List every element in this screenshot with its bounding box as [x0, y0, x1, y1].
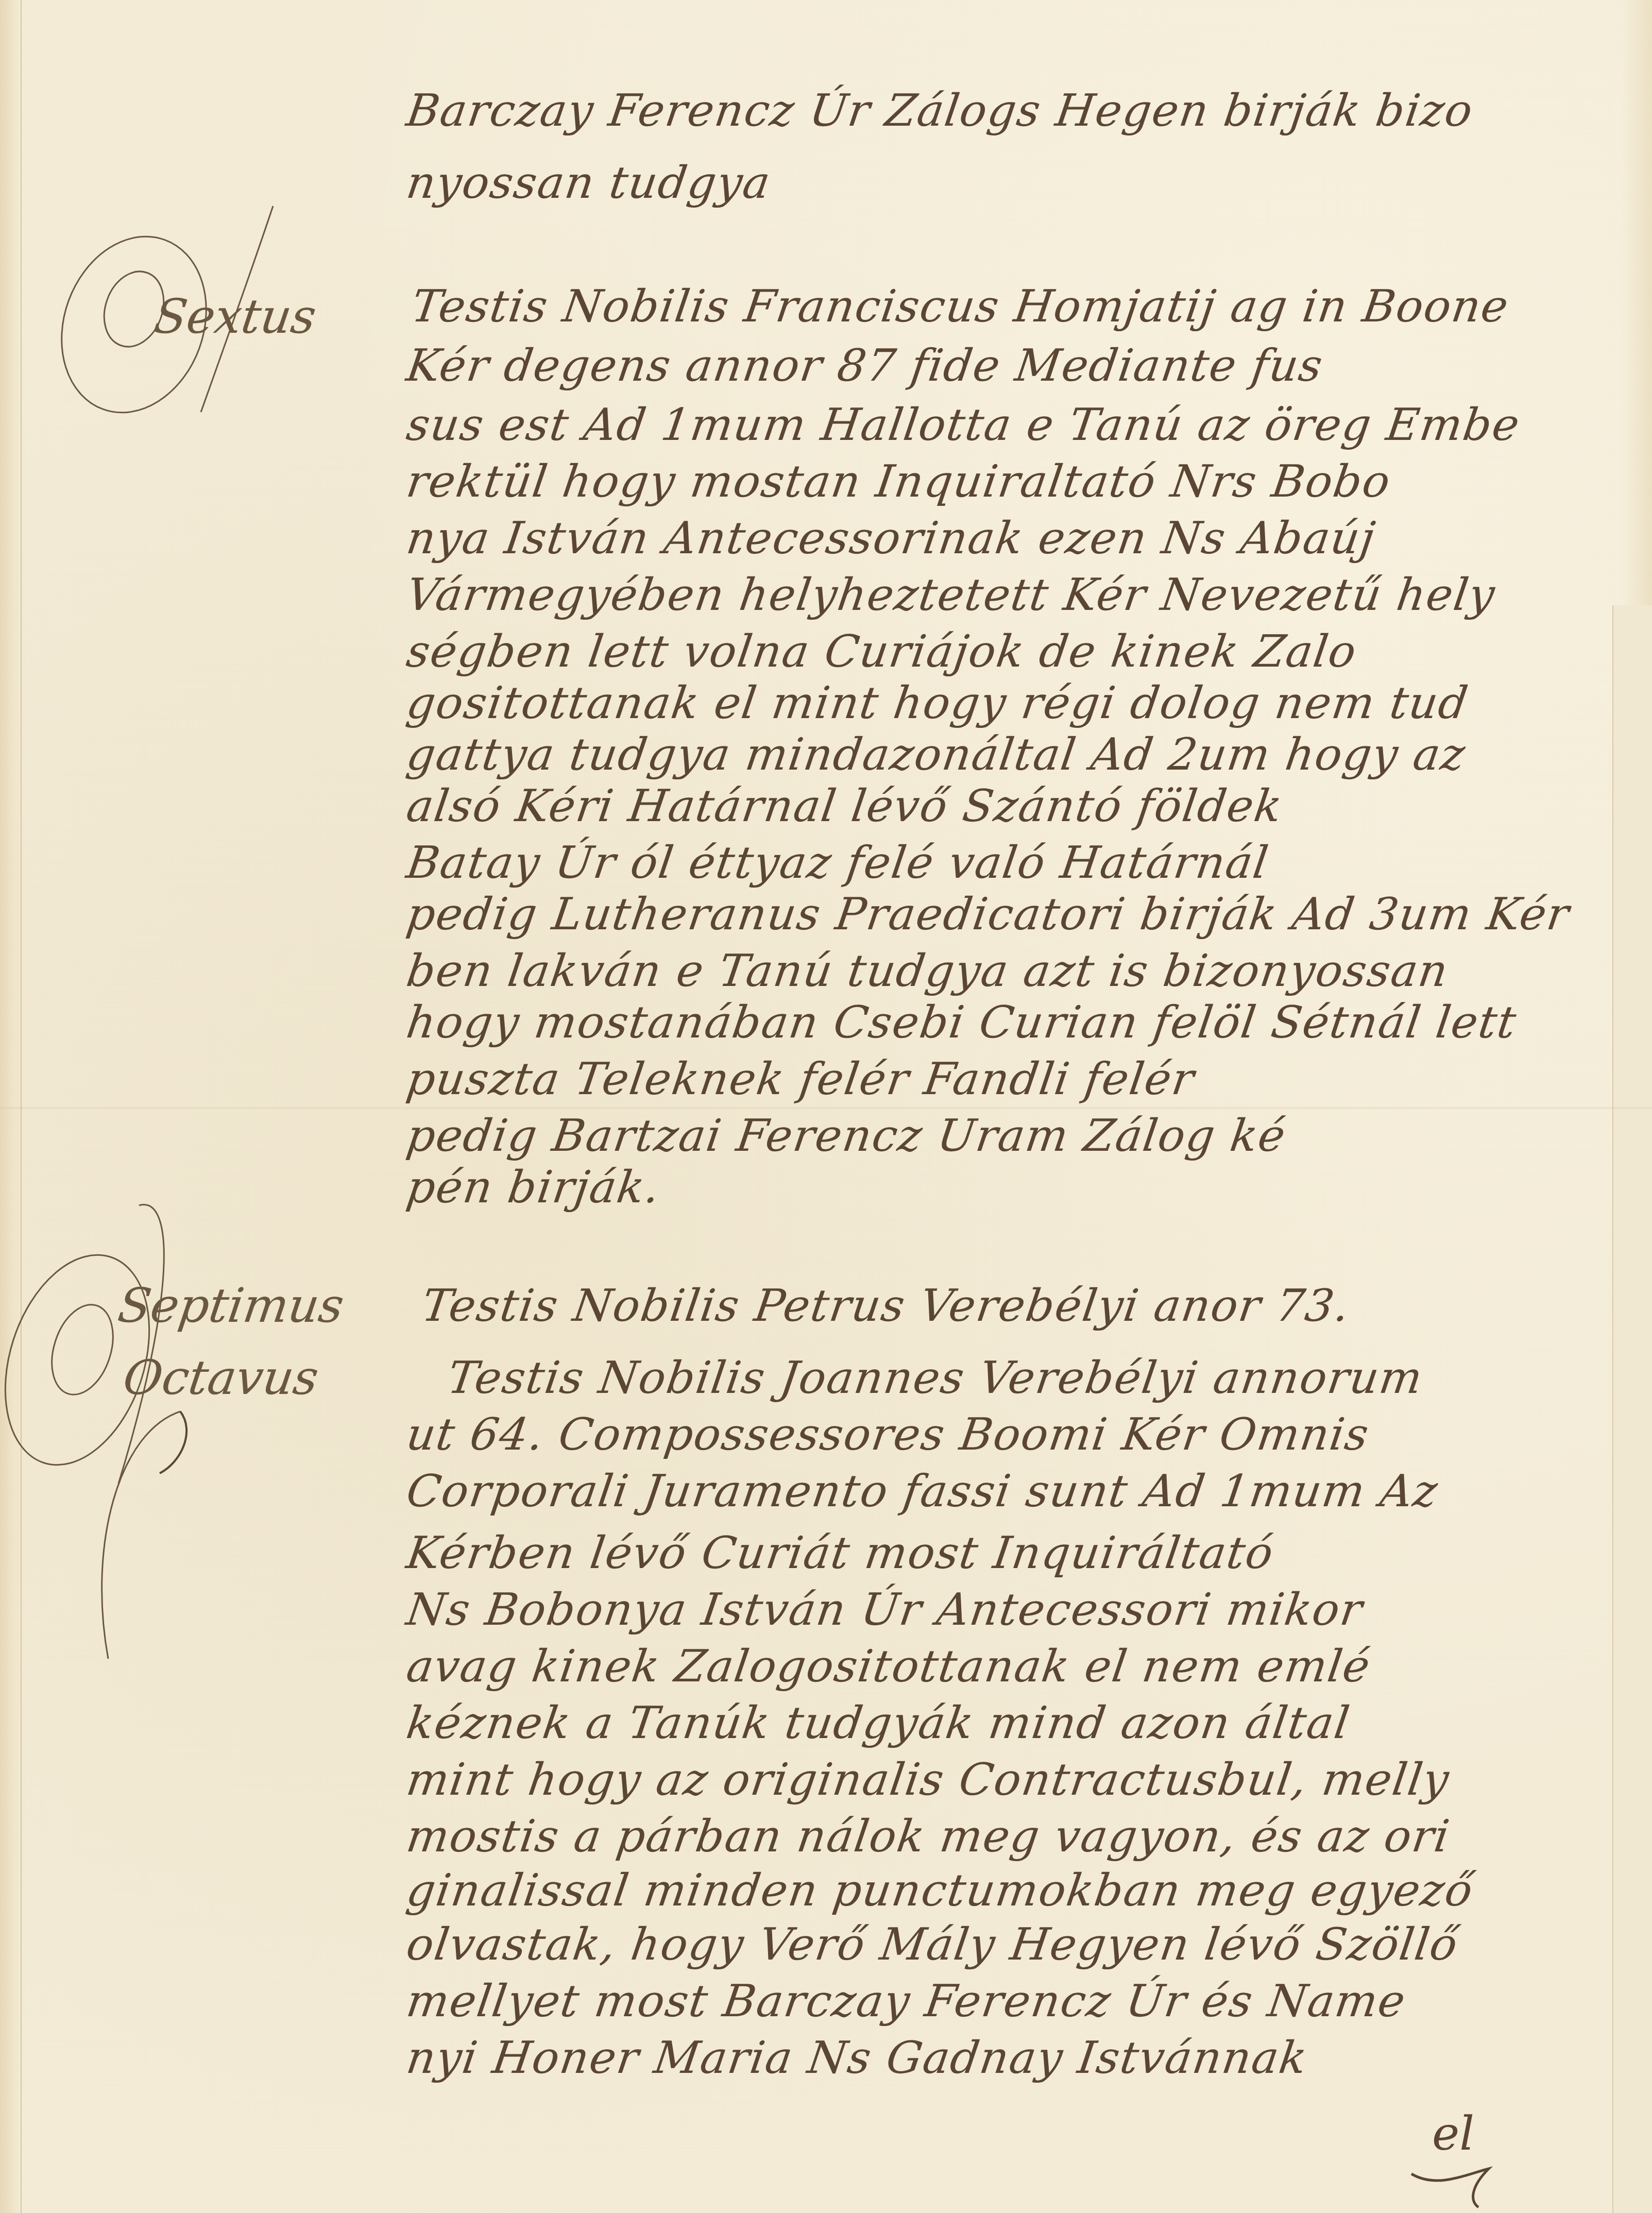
text-line: Kér degens annor 87 fide Mediante fus — [403, 337, 1326, 394]
margin-label-septimus: Septimus — [114, 1278, 347, 1334]
text-line: ginalissal minden punctumokban meg egyez… — [403, 1862, 1477, 1919]
folded-page-tab — [1612, 605, 1652, 2213]
text-line: ut 64. Compossessores Boomi Kér Omnis — [403, 1406, 1373, 1463]
text-line: olvastak, hogy Verő Mály Hegyen lévő Szö… — [403, 1916, 1462, 1973]
text-line: sus est Ad 1mum Hallotta e Tanú az öreg … — [403, 397, 1524, 453]
margin-label-octavus: Octavus — [120, 1350, 322, 1406]
text-line: rektül hogy mostan Inquiraltató Nrs Bobo — [403, 453, 1394, 510]
text-line: pedig Lutheranus Praedicatori birják Ad … — [403, 886, 1573, 943]
text-line: nyi Honer Maria Ns Gadnay Istvánnak — [403, 2030, 1311, 2086]
text-line: hogy mostanában Csebi Curian felöl Sétná… — [403, 994, 1520, 1051]
text-line: nyossan tudgya — [403, 155, 774, 211]
end-flourish-icon — [1411, 2153, 1504, 2212]
text-line: mint hogy az originalis Contractusbul, m… — [403, 1751, 1453, 1808]
text-line: avag kinek Zalogositottanak el nem emlé — [403, 1638, 1374, 1695]
text-line: ben lakván e Tanú tudgya azt is bizonyos… — [403, 943, 1452, 999]
text-line: Kérben lévő Curiát most Inquiráltató — [403, 1525, 1278, 1581]
text-line: gattya tudgya mindazonáltal Ad 2um hogy … — [403, 726, 1469, 783]
text-line: Corporali Juramento fassi sunt Ad 1mum A… — [403, 1463, 1442, 1520]
text-line: mostis a párban nálok meg vagyon, és az … — [403, 1808, 1454, 1865]
text-line: gositottanak el mint hogy régi dolog nem… — [403, 675, 1472, 731]
text-line: puszta Teleknek felér Fandli felér — [403, 1051, 1198, 1108]
text-line: Batay Úr ól éttyaz felé való Határnál — [403, 835, 1272, 891]
text-line: Barczay Ferencz Úr Zálogs Hegen birják b… — [403, 82, 1477, 139]
text-line: Testis Nobilis Joannes Verebélyi annorum — [444, 1350, 1426, 1406]
text-line: alsó Kéri Határnal lévő Szántó földek — [403, 778, 1286, 835]
text-line: Testis Nobilis Petrus Verebélyi anor 73. — [418, 1278, 1354, 1334]
text-line: pén birják. — [403, 1159, 664, 1216]
margin-label-sextus: Sextus — [150, 288, 319, 345]
text-line: kéznek a Tanúk tudgyák mind azon által — [403, 1695, 1354, 1751]
octavus-flourish-icon — [77, 1401, 232, 1671]
text-line: Ns Bobonya István Úr Antecessori mikor — [403, 1581, 1367, 1638]
text-line: mellyet most Barczay Ferencz Úr és Name — [403, 1973, 1409, 2030]
text-line: nya István Antecessorinak ezen Ns Abaúj — [403, 510, 1379, 567]
text-line: Vármegyében helyheztetett Kér Nevezetű h… — [403, 567, 1499, 623]
text-line: Testis Nobilis Franciscus Homjatij ag in… — [408, 278, 1512, 335]
manuscript-page: Sextus Septimus Octavus Barczay Ferencz … — [0, 0, 1652, 2213]
text-line: pedig Bartzai Ferencz Uram Zálog ké — [403, 1108, 1289, 1164]
text-line: ségben lett volna Curiájok de kinek Zalo — [403, 623, 1360, 680]
